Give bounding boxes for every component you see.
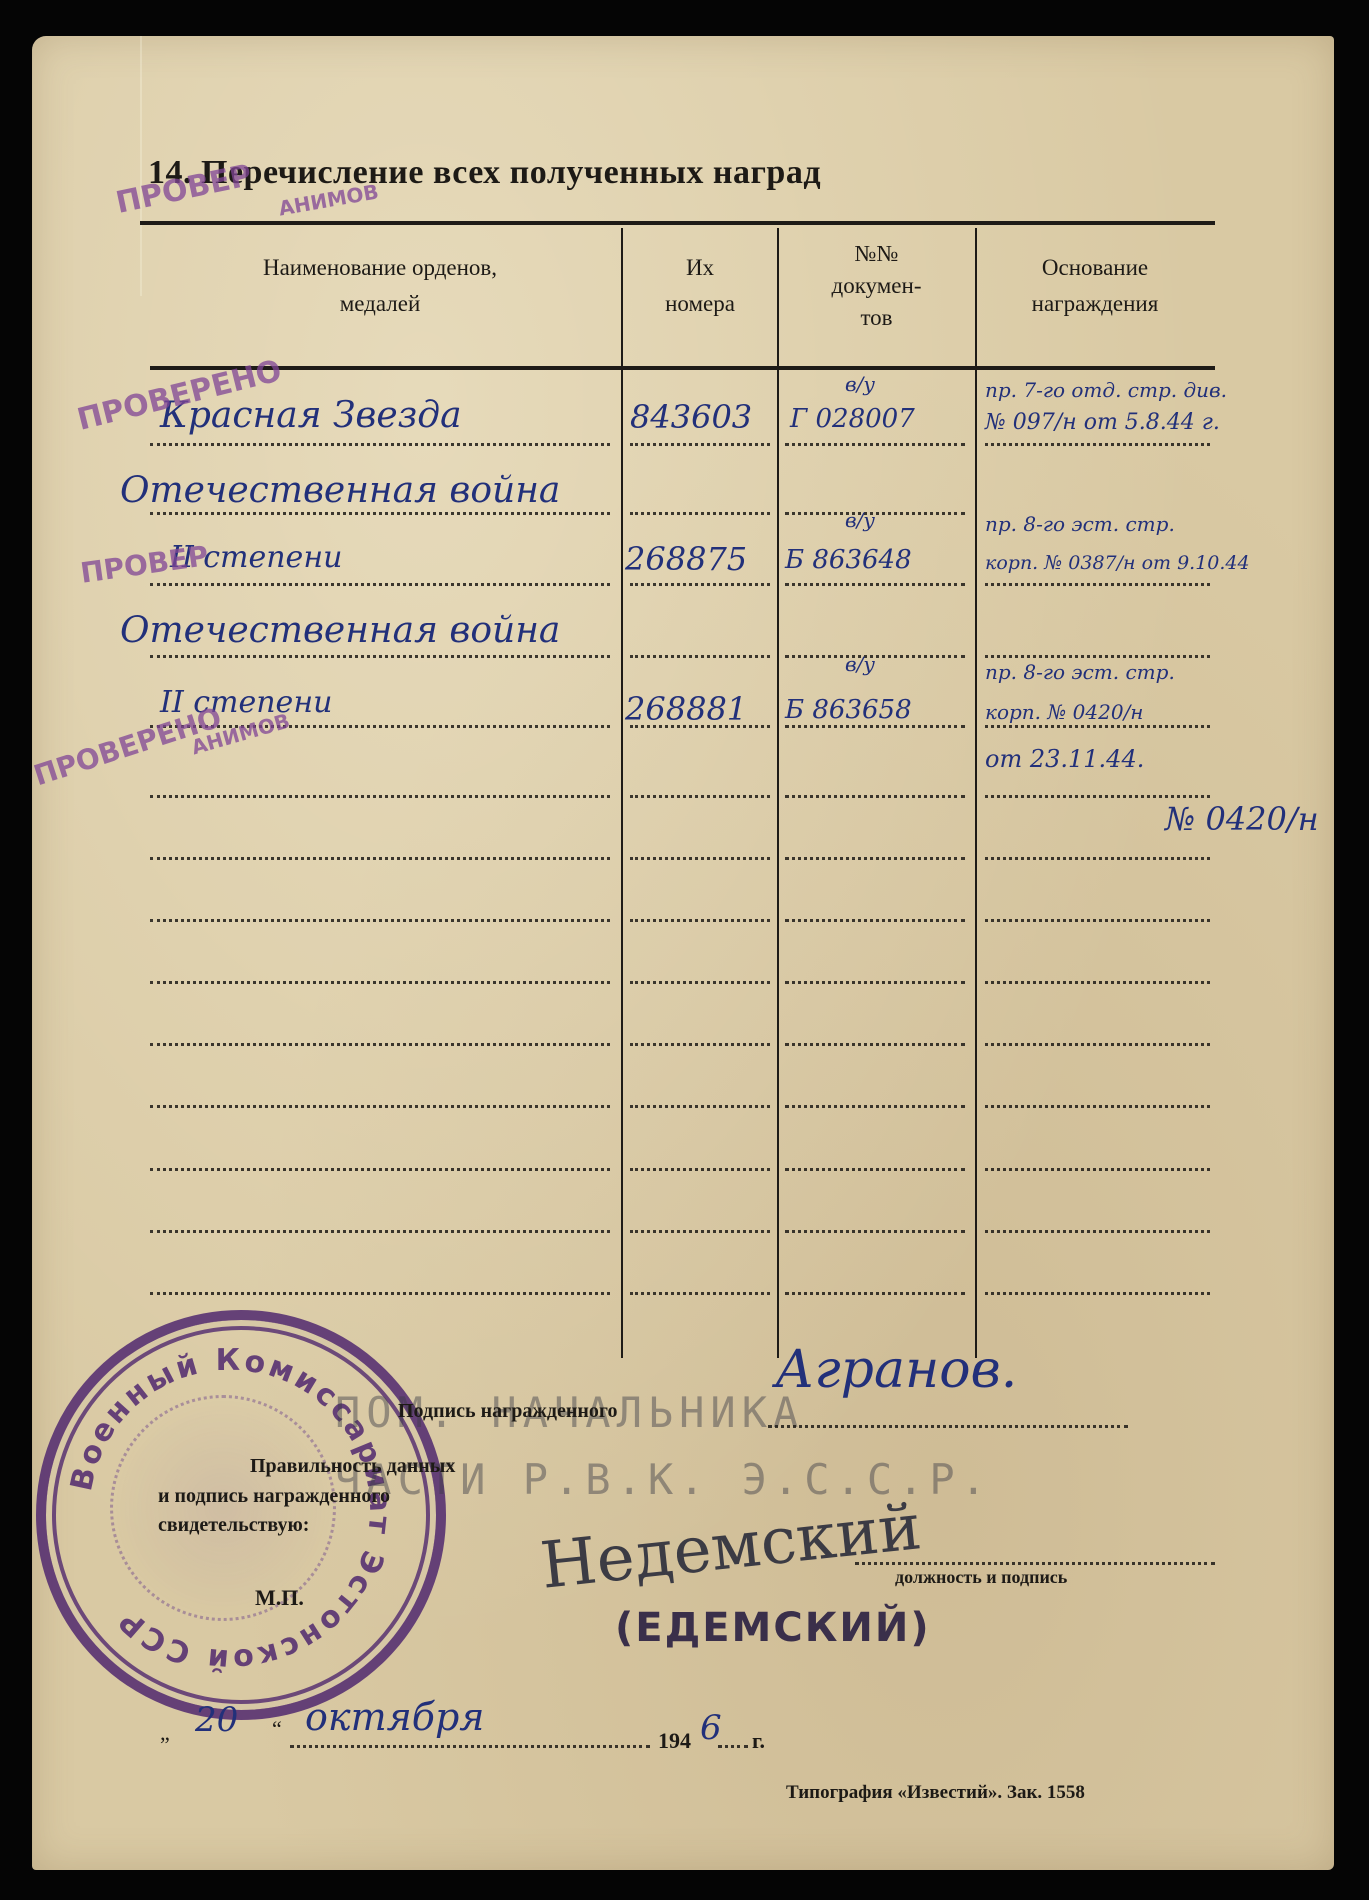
- award-basis-line2: корп. № 0387/н от 9.10.44: [985, 552, 1250, 574]
- date-year-suffix: 6: [700, 1708, 722, 1748]
- header-documents-line1: №№: [780, 238, 973, 270]
- header-numbers: Их номера: [625, 250, 775, 321]
- date-open-quote: „: [160, 1720, 170, 1746]
- column-divider-3: [975, 228, 977, 1358]
- date-month: октября: [305, 1695, 484, 1739]
- date-day: 20: [195, 1700, 238, 1740]
- header-documents-line3: тов: [780, 302, 973, 334]
- document-prefix: в/у: [845, 652, 875, 676]
- document-prefix: в/у: [845, 508, 875, 532]
- column-divider-1: [621, 228, 623, 1358]
- header-documents: №№ докумен- тов: [780, 238, 973, 335]
- award-number: 843603: [630, 398, 752, 436]
- recipient-signature-label: Подпись награжденного: [398, 1400, 617, 1423]
- date-month-line: [290, 1745, 650, 1751]
- header-basis-line1: Основание: [980, 250, 1210, 286]
- paper-fold: [140, 36, 142, 296]
- table-top-rule: [140, 221, 1215, 225]
- certify-label-line2: и подпись награжденного: [158, 1485, 390, 1508]
- column-divider-2: [777, 228, 779, 1358]
- date-year-prefix: 194: [658, 1728, 691, 1754]
- document-number: Б 863648: [785, 545, 912, 575]
- recipient-signature: Агранов.: [775, 1340, 1017, 1400]
- award-name: Отечественная война: [120, 470, 560, 511]
- recipient-signature-line: [768, 1425, 1128, 1431]
- certify-label-line1: Правильность данных: [250, 1455, 455, 1478]
- header-basis: Основание награждения: [980, 250, 1210, 321]
- award-number: 268875: [625, 540, 747, 578]
- date-year-line: [718, 1745, 748, 1751]
- header-numbers-line2: номера: [625, 286, 775, 322]
- award-name: Отечественная война: [120, 610, 560, 651]
- award-basis-line1: пр. 8-го эст. стр.: [985, 512, 1175, 536]
- header-award-line2: медалей: [150, 286, 610, 322]
- date-suffix: г.: [752, 1728, 765, 1754]
- award-basis-line2: № 097/н от 5.8.44 г.: [985, 410, 1220, 435]
- document-number: Г 028007: [790, 404, 915, 434]
- header-basis-line2: награждения: [980, 286, 1210, 322]
- order-number-correction: № 0420/н: [1165, 800, 1319, 838]
- header-bottom-rule: [150, 366, 1215, 370]
- printer-imprint: Типография «Известий». Зак. 1558: [786, 1782, 1085, 1804]
- seal-mp-label: М.П.: [255, 1585, 304, 1611]
- official-name: (ЕДЕМСКИЙ): [615, 1605, 931, 1651]
- award-number: 268881: [625, 690, 747, 728]
- date-close-quote: “: [272, 1716, 282, 1742]
- header-numbers-line1: Их: [625, 250, 775, 286]
- header-award-name: Наименование орденов, медалей: [150, 250, 610, 321]
- document-number: Б 863658: [785, 695, 912, 725]
- header-award-line1: Наименование орденов,: [150, 250, 610, 286]
- header-documents-line2: докумен-: [780, 270, 973, 302]
- certify-label-line3: свидетельствую:: [158, 1514, 309, 1537]
- award-basis-line2: корп. № 0420/н: [985, 700, 1143, 724]
- award-basis-line3: от 23.11.44.: [985, 745, 1144, 773]
- position-signature-label: должность и подпись: [895, 1567, 1067, 1588]
- document-prefix: в/у: [845, 372, 875, 396]
- award-basis-line1: пр. 8-го эст. стр.: [985, 660, 1175, 684]
- award-basis-line1: пр. 7-го отд. стр. див.: [985, 378, 1227, 402]
